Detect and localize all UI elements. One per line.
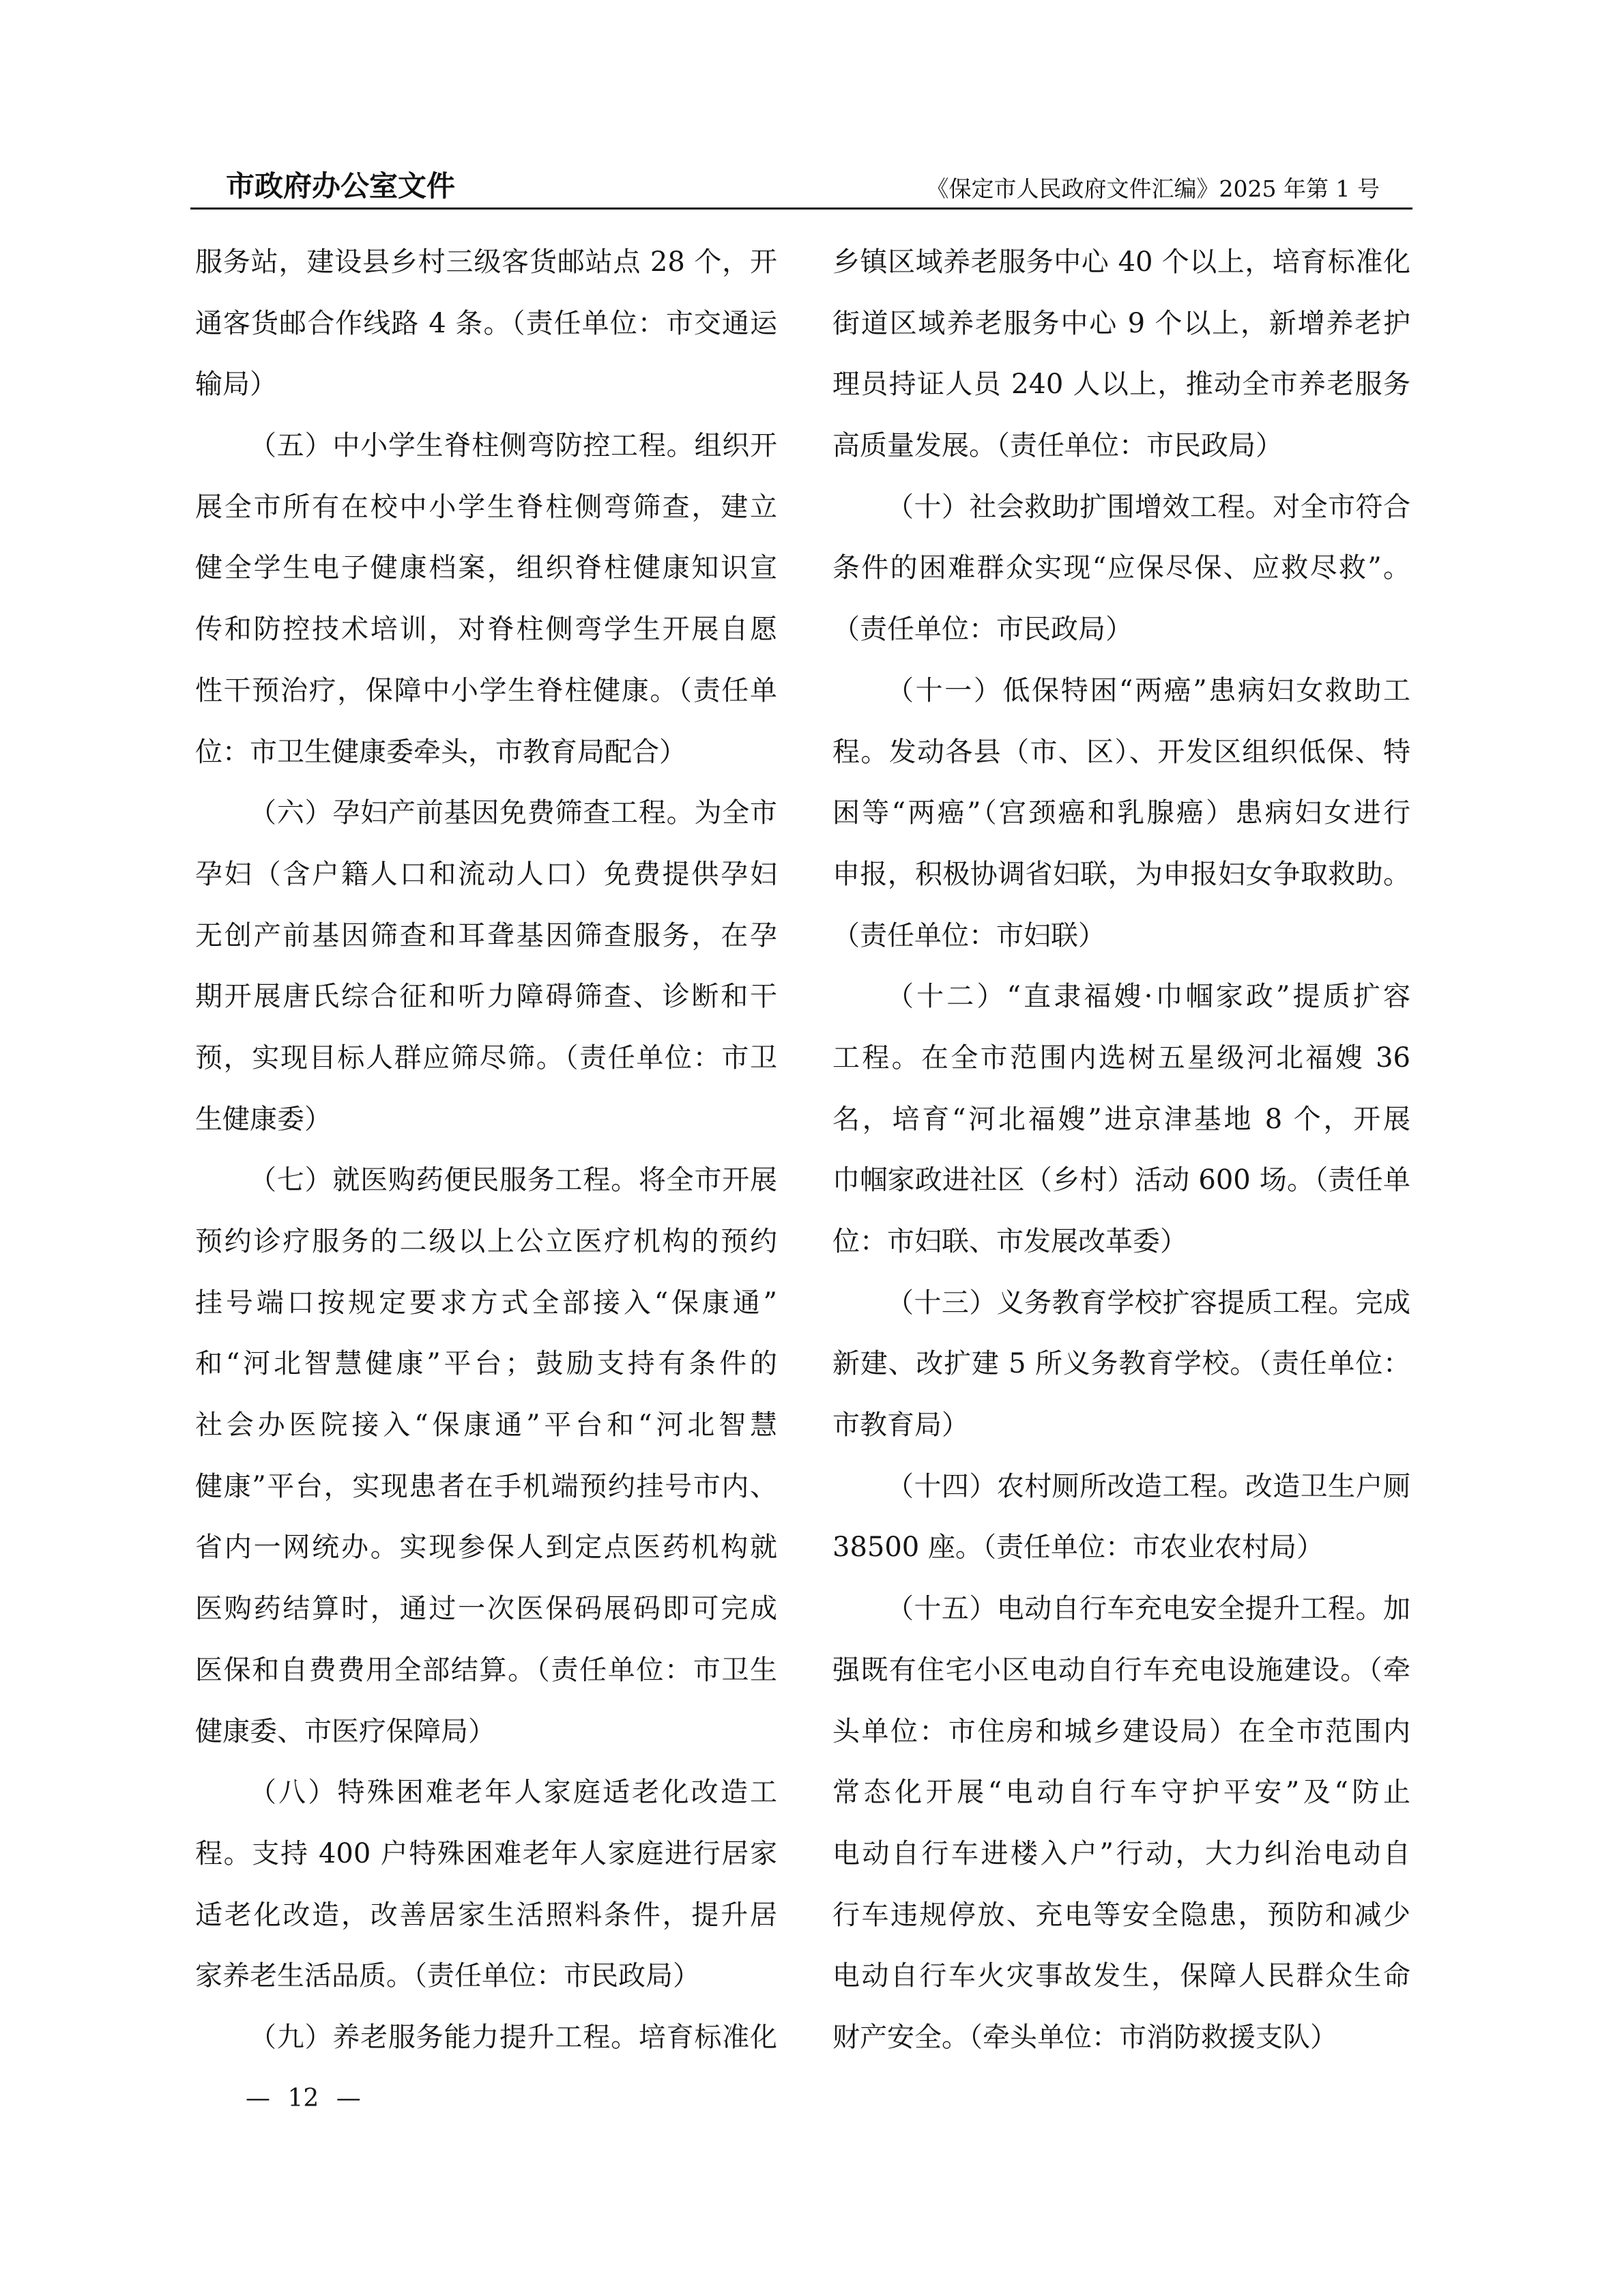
body-text: 改造卫生户厕 [1245,1471,1410,1502]
body-text: 家养老生活品质。（责任单位：市民政局） [195,1960,700,1992]
text-line: 和“河北智慧健康”平台；鼓励支持有条件的 [195,1334,777,1395]
text-line: 电动自行车火灾事故发生，保障人民群众生命 [832,1946,1410,2007]
section-heading: （十三）义务教育学校扩容提质工程。 [886,1287,1356,1319]
body-text: 孕妇（含户籍人口和流动人口）免费提供孕妇 [195,859,777,890]
text-line: （责任单位：市妇联） [832,906,1410,967]
body-text: 强既有住宅小区电动自行车充电设施建设。（牵 [832,1654,1410,1686]
text-line: 社会办医院接入“保康通”平台和“河北智慧 [195,1395,777,1456]
text-line: 预约诊疗服务的二级以上公立医疗机构的预约 [195,1211,777,1273]
body-text: 健康”平台，实现患者在手机端预约挂号市内、 [195,1471,777,1502]
body-text: 期开展唐氏综合征和听力障碍筛查、诊断和干 [195,981,777,1012]
body-text: 组织开 [694,430,777,461]
body-text: 性干预治疗，保障中小学生脊柱健康。（责任单 [195,675,777,706]
text-line: 高质量发展。（责任单位：市民政局） [832,416,1410,477]
section-heading: （十四）农村厕所改造工程。 [886,1471,1245,1502]
section-heading: （九）养老服务能力提升工程。 [249,2022,639,2053]
text-line: 健全学生电子健康档案，组织脊柱健康知识宣 [195,538,777,599]
text-line: 市教育局） [832,1395,1410,1456]
body-text: 位：市妇联、市发展改革委） [832,1226,1187,1257]
text-line: 强既有住宅小区电动自行车充电设施建设。（牵 [832,1640,1410,1702]
text-line: 理员持证人员 240 人以上，推动全市养老服务 [832,354,1410,416]
text-line: 传和防控技术培训，对脊柱侧弯学生开展自愿 [195,599,777,661]
body-text: 街道区域养老服务中心 9 个以上，新增养老护 [832,308,1410,339]
section-heading-line: （十）社会救助扩围增效工程。对全市符合 [832,477,1410,539]
body-text: 通客货邮合作线路 4 条。（责任单位：市交通运 [195,308,777,339]
text-line: 行车违规停放、充电等安全隐患，预防和减少 [832,1885,1410,1947]
body-text: 电动自行车进楼入户”行动，大力纠治电动自 [832,1838,1410,1869]
text-line: 电动自行车进楼入户”行动，大力纠治电动自 [832,1824,1410,1885]
text-line: 家养老生活品质。（责任单位：市民政局） [195,1946,777,2007]
body-text: 高质量发展。（责任单位：市民政局） [832,430,1283,461]
section-heading: （八）特殊困难老年人家庭适老化改造工 [249,1777,777,1808]
body-text: 培育标准化 [639,2022,777,2053]
body-text: 医购药结算时，通过一次医保码展码即可完成 [195,1593,777,1624]
body-text: 行车违规停放、充电等安全隐患，预防和减少 [832,1899,1410,1931]
body-text: 完成 [1356,1287,1410,1319]
body-text: 输局） [195,369,277,400]
body-text: 将全市开展 [639,1164,777,1196]
text-line: 省内一网统办。实现参保人到定点医药机构就 [195,1517,777,1579]
body-text: 和“河北智慧健康”平台；鼓励支持有条件的 [195,1348,777,1379]
text-line: 38500 座。（责任单位：市农业农村局） [832,1517,1410,1579]
left-text-column: 服务站，建设县乡村三级客货邮站点 28 个，开 通客货邮合作线路 4 条。（责任… [195,232,777,2069]
right-text-column: 乡镇区域养老服务中心 40 个以上，培育标准化 街道区域养老服务中心 9 个以上… [832,232,1410,2069]
text-line: 财产安全。（牵头单位：市消防救援支队） [832,2007,1410,2069]
text-line: 街道区域养老服务中心 9 个以上，新增养老护 [832,293,1410,355]
text-line: 位：市卫生健康委牵头，市教育局配合） [195,722,777,784]
body-text: 为全市 [694,797,777,829]
text-line: 性干预治疗，保障中小学生脊柱健康。（责任单 [195,661,777,722]
section-heading: （十二）“直隶福嫂·巾帼家政”提质扩容 [886,981,1410,1012]
text-line: 适老化改造，改善居家生活照料条件，提升居 [195,1885,777,1947]
body-text: （责任单位：市妇联） [832,920,1105,951]
text-line: 生健康委） [195,1089,777,1151]
text-line: 常态化开展“电动自行车守护平安”及“防止 [832,1762,1410,1824]
section-heading-line: （九）养老服务能力提升工程。培育标准化 [195,2007,777,2069]
text-line: 医购药结算时，通过一次医保码展码即可完成 [195,1579,777,1640]
body-text: 对全市符合 [1273,491,1410,523]
body-text: 预约诊疗服务的二级以上公立医疗机构的预约 [195,1226,777,1257]
body-text: 适老化改造，改善居家生活照料条件，提升居 [195,1899,777,1931]
section-heading-line: （十四）农村厕所改造工程。改造卫生户厕 [832,1456,1410,1518]
body-text: （责任单位：市民政局） [832,614,1133,645]
text-line: 健康”平台，实现患者在手机端预约挂号市内、 [195,1456,777,1518]
text-line: 服务站，建设县乡村三级客货邮站点 28 个，开 [195,232,777,293]
section-heading: （七）就医购药便民服务工程。 [249,1164,639,1196]
document-source-title: 市政府办公室文件 [226,171,455,201]
section-heading: 工程。 [832,1042,921,1074]
text-line: 巾帼家政进社区（乡村）活动 600 场。（责任单 [832,1150,1410,1211]
body-text: 挂号端口按规定要求方式全部接入“保康通” [195,1287,777,1319]
text-line: 困等“两癌”（宫颈癌和乳腺癌）患病妇女进行 [832,783,1410,844]
page-number: — 12 — [246,2085,361,2112]
text-line: 位：市妇联、市发展改革委） [832,1211,1410,1273]
section-heading: （十五）电动自行车充电安全提升工程。 [886,1593,1383,1624]
body-text: 财产安全。（牵头单位：市消防救援支队） [832,2022,1337,2053]
section-heading: （五）中小学生脊柱侧弯防控工程。 [249,430,694,461]
text-line: 程。支持 400 户特殊困难老年人家庭进行居家 [195,1824,777,1885]
text-line: 名，培育“河北福嫂”进京津基地 8 个，开展 [832,1089,1410,1151]
body-text: 名，培育“河北福嫂”进京津基地 8 个，开展 [832,1104,1410,1135]
section-heading: （六）孕妇产前基因免费筛查工程。 [249,797,694,829]
section-heading: （十一）低保特困“两癌”患病妇女救助工 [886,675,1410,706]
body-text: 头单位：市住房和城乡建设局）在全市范围内 [832,1716,1410,1747]
text-line: （责任单位：市民政局） [832,599,1410,661]
section-heading-line: （十三）义务教育学校扩容提质工程。完成 [832,1273,1410,1334]
section-heading-line: （七）就医购药便民服务工程。将全市开展 [195,1150,777,1211]
body-text: 健全学生电子健康档案，组织脊柱健康知识宣 [195,552,777,584]
text-line: 条件的困难群众实现“应保尽保、应救尽救”。 [832,538,1410,599]
section-heading-line: （十五）电动自行车充电安全提升工程。加 [832,1579,1410,1640]
body-text: 困等“两癌”（宫颈癌和乳腺癌）患病妇女进行 [832,797,1410,829]
text-line: 工程。在全市范围内选树五星级河北福嫂 36 [832,1028,1410,1089]
body-text: 乡镇区域养老服务中心 40 个以上，培育标准化 [832,246,1410,278]
body-text: 支持 400 户特殊困难老年人家庭进行居家 [252,1838,777,1869]
body-text: 条件的困难群众实现“应保尽保、应救尽救”。 [832,552,1410,584]
text-line: 期开展唐氏综合征和听力障碍筛查、诊断和干 [195,966,777,1028]
body-text: 展全市所有在校中小学生脊柱侧弯筛查，建立 [195,491,777,523]
text-line: 无创产前基因筛查和耳聋基因筛查服务，在孕 [195,906,777,967]
text-line: 健康委、市医疗保障局） [195,1702,777,1763]
body-text: 预，实现目标人群应筛尽筛。（责任单位：市卫 [195,1042,777,1074]
header-divider [190,207,1412,210]
body-text: 新建、改扩建 5 所义务教育学校。（责任单位： [832,1348,1410,1379]
text-line: 孕妇（含户籍人口和流动人口）免费提供孕妇 [195,844,777,906]
section-heading-line: （十一）低保特困“两癌”患病妇女救助工 [832,661,1410,722]
section-heading-line: （六）孕妇产前基因免费筛查工程。为全市 [195,783,777,844]
section-heading-line: （五）中小学生脊柱侧弯防控工程。组织开 [195,416,777,477]
text-line: 乡镇区域养老服务中心 40 个以上，培育标准化 [832,232,1410,293]
body-text: 在全市范围内选树五星级河北福嫂 36 [921,1042,1410,1074]
section-heading-line: （十二）“直隶福嫂·巾帼家政”提质扩容 [832,966,1410,1028]
body-text: 社会办医院接入“保康通”平台和“河北智慧 [195,1409,777,1441]
body-text: 电动自行车火灾事故发生，保障人民群众生命 [832,1960,1410,1992]
body-text: 服务站，建设县乡村三级客货邮站点 28 个，开 [195,246,777,278]
body-text: 生健康委） [195,1104,332,1135]
text-line: 新建、改扩建 5 所义务教育学校。（责任单位： [832,1334,1410,1395]
text-line: 通客货邮合作线路 4 条。（责任单位：市交通运 [195,293,777,355]
body-text: 发动各县（市、区）、开发区组织低保、特 [889,736,1410,768]
body-text: 加 [1383,1593,1410,1624]
text-line: 头单位：市住房和城乡建设局）在全市范围内 [832,1702,1410,1763]
body-text: 理员持证人员 240 人以上，推动全市养老服务 [832,369,1410,400]
text-line: 程。发动各县（市、区）、开发区组织低保、特 [832,722,1410,784]
body-text: 市教育局） [832,1409,969,1441]
section-heading: （十）社会救助扩围增效工程。 [886,491,1273,523]
section-heading: 程。 [195,1838,252,1869]
body-text: 医保和自费费用全部结算。（责任单位：市卫生 [195,1654,777,1686]
compilation-issue-title: 《保定市人民政府文件汇编》2025 年第 1 号 [927,175,1380,203]
section-heading: 程。 [832,736,889,768]
text-line: 申报，积极协调省妇联，为申报妇女争取救助。 [832,844,1410,906]
body-text: 健康委、市医疗保障局） [195,1716,495,1747]
body-text: 申报，积极协调省妇联，为申报妇女争取救助。 [832,859,1410,890]
body-text: 省内一网统办。实现参保人到定点医药机构就 [195,1532,777,1563]
body-text: 巾帼家政进社区（乡村）活动 600 场。（责任单 [832,1164,1410,1196]
body-text: 常态化开展“电动自行车守护平安”及“防止 [832,1777,1410,1808]
text-line: 输局） [195,354,777,416]
text-line: 展全市所有在校中小学生脊柱侧弯筛查，建立 [195,477,777,539]
body-text: 位：市卫生健康委牵头，市教育局配合） [195,736,686,768]
section-heading-line: （八）特殊困难老年人家庭适老化改造工 [195,1762,777,1824]
text-line: 挂号端口按规定要求方式全部接入“保康通” [195,1273,777,1334]
body-text: 38500 座。（责任单位：市农业农村局） [832,1532,1324,1563]
text-line: 医保和自费费用全部结算。（责任单位：市卫生 [195,1640,777,1702]
body-text: 传和防控技术培训，对脊柱侧弯学生开展自愿 [195,614,777,645]
body-text: 无创产前基因筛查和耳聋基因筛查服务，在孕 [195,920,777,951]
text-line: 预，实现目标人群应筛尽筛。（责任单位：市卫 [195,1028,777,1089]
